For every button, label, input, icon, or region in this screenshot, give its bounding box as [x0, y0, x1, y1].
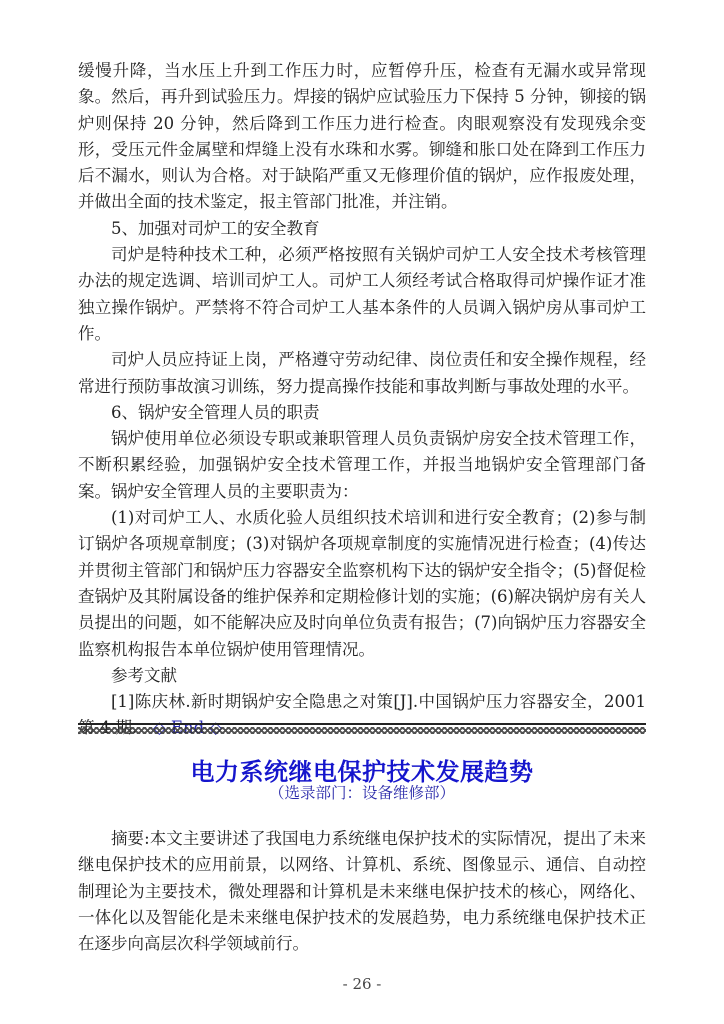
divider-rule: [78, 723, 646, 725]
section-5-paragraph-1: 司炉是特种技术工种，必须严格按照有关锅炉司炉工人安全技术考核管理办法的规定选调、…: [78, 242, 646, 347]
references-heading: 参考文献: [78, 663, 646, 689]
divider-zigzag: [78, 727, 646, 734]
section-5-paragraph-2: 司炉人员应持证上岗，严格遵守劳动纪律、岗位责任和安全操作规程，经常进行预防事故演…: [78, 347, 646, 400]
section-6-heading: 6、锅炉安全管理人员的职责: [78, 400, 646, 426]
section-6-duties: (1)对司炉工人、水质化验人员组织技术培训和进行安全教育；(2)参与制订锅炉各项…: [78, 505, 646, 663]
article-1-body: 缓慢升降，当水压上升到工作压力时，应暂停升压，检查有无漏水或异常现象。然后，再升…: [78, 58, 646, 742]
article-2-subtitle: （选录部门：设备维修部）: [0, 781, 724, 803]
article-2-abstract: 摘要:本文主要讲述了我国电力系统继电保护技术的实际情况，提出了未来继电保护技术的…: [78, 826, 646, 957]
section-divider: [78, 723, 646, 735]
section-6-paragraph-1: 锅炉使用单位必须设专职或兼职管理人员负责锅炉房安全技术管理工作，不断积累经验，加…: [78, 426, 646, 505]
intro-paragraph: 缓慢升降，当水压上升到工作压力时，应暂停升压，检查有无漏水或异常现象。然后，再升…: [78, 58, 646, 216]
section-5-heading: 5、加强对司炉工的安全教育: [78, 216, 646, 242]
page-number: - 26 -: [0, 975, 724, 993]
